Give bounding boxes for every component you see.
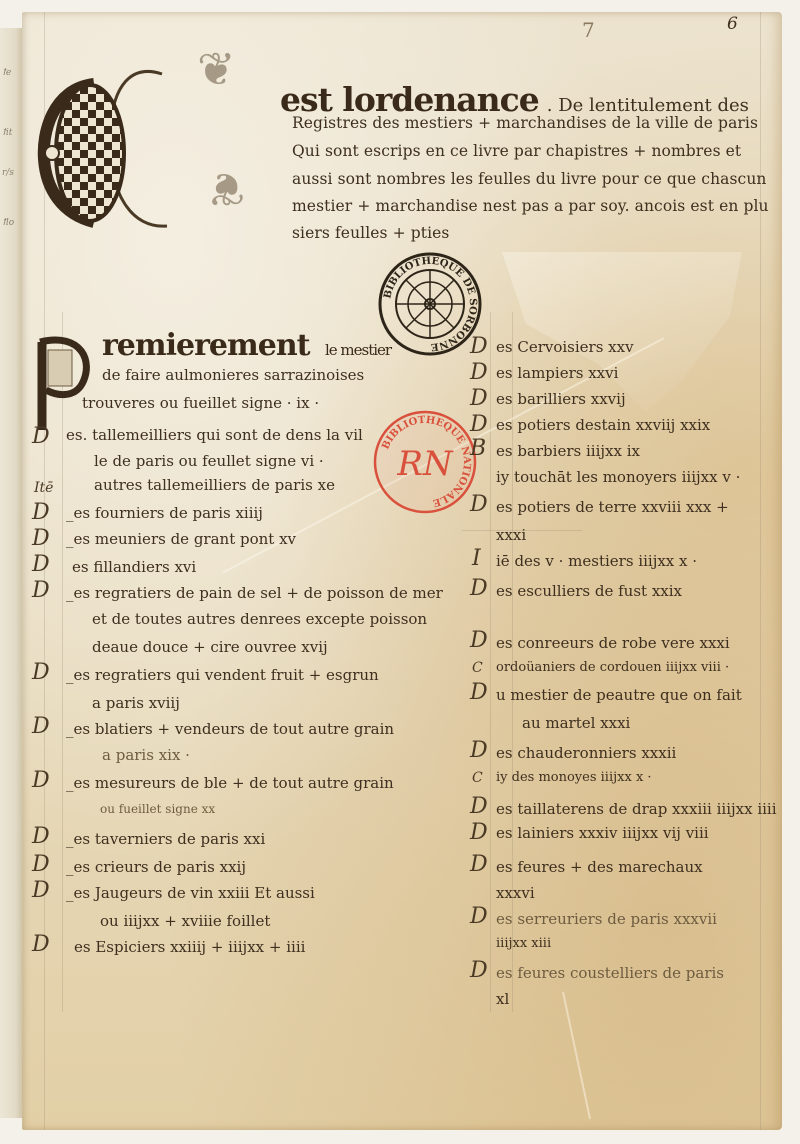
entry-line: es taillaterens de drap xxxiii iiijxx ii… — [496, 800, 777, 818]
entry-line: autres tallemeilliers de paris xe — [94, 476, 335, 494]
intro-line: Registres des mestiers + marchandises de… — [292, 114, 758, 132]
entry-line: iiijxx xiii — [496, 936, 551, 951]
entry-line: _es regratiers qui vendent fruit + esgru… — [66, 666, 379, 684]
entry-line: ordoüaniers de cordouen iiijxx viii · — [496, 660, 729, 675]
margin-note: ꝉe — [2, 68, 11, 78]
flourish-ornament: ❦ — [197, 42, 236, 96]
svg-text:RN: RN — [396, 444, 454, 484]
pencil-mark: 7 — [582, 18, 595, 42]
entry-line: iē des v · mestiers iiijxx x · — [496, 552, 697, 570]
entry-line: es fillandiers xvi — [72, 558, 196, 576]
entry-line: _es meuniers de grant pont xv — [66, 530, 296, 548]
entry-line: xxxi — [496, 526, 526, 544]
entry-line: es feures coustelliers de paris — [496, 964, 724, 982]
entry-line: es barilliers xxvij — [496, 390, 626, 408]
entry-line: es chauderonniers xxxii — [496, 744, 676, 762]
entry-line: es Cervoisiers xxv — [496, 338, 634, 356]
entry-line: u mestier de peautre que on fait — [496, 686, 742, 704]
item-marker: Itē — [34, 480, 53, 496]
entry-line: es esculliers de fust xxix — [496, 582, 682, 600]
paragraph-marker: D — [470, 794, 488, 819]
initial-p-icon — [32, 332, 92, 432]
paragraph-marker: D — [470, 412, 488, 437]
intro-line: aussi sont nombres les feulles du livre … — [292, 170, 767, 188]
entry-line: _es fourniers de paris xiiij — [66, 504, 263, 522]
sorbonne-stamp: BIBLIOTHEQUE DE SORBONNE — [376, 250, 484, 358]
entry-line: _es regratiers de pain de sel + de poiss… — [66, 584, 443, 602]
intro-line: Qui sont escrips en ce livre par chapist… — [292, 142, 741, 160]
entry-line: xl — [496, 990, 509, 1008]
paragraph-marker: D — [32, 824, 50, 849]
paragraph-marker: C — [472, 770, 483, 786]
entry-line: trouveres ou fueillet signe · ix · — [82, 394, 319, 412]
entry-line: es Espiciers xxiiij + iiijxx + iiii — [74, 938, 305, 956]
title-rest: . De lentitulement des — [547, 95, 749, 116]
folio-number: 6 — [727, 14, 738, 34]
previous-page-edge: ꝉe ꝉit r/s ꝉlo — [0, 28, 23, 1118]
entry-line: a paris xix · — [102, 746, 190, 764]
parchment-tear — [502, 252, 742, 412]
entry-line: iy touchāt les monoyers iiijxx v · — [496, 468, 740, 486]
seal-icon: BIBLIOTHEQUE DE SORBONNE — [376, 250, 484, 358]
entry-line: es barbiers iiijxx ix — [496, 442, 640, 460]
paragraph-marker: D — [32, 578, 50, 603]
paragraph-marker: I — [472, 546, 481, 571]
entry-line: xxxvi — [496, 884, 535, 902]
paragraph-marker: D — [32, 768, 50, 793]
margin-note: r/s — [2, 168, 14, 178]
seal-icon: BIBLIOTHEQUE NATIONALE RN — [370, 407, 480, 517]
paragraph-marker: D — [470, 386, 488, 411]
entry-line: _es Jaugeurs de vin xxiii Et aussi — [66, 884, 315, 902]
manuscript-folio: 6 7 ❦ ❦ est lordenance. De lentitulement… — [22, 12, 782, 1130]
opening-word-text: remierement — [102, 328, 310, 363]
paragraph-marker: D — [470, 628, 488, 653]
entry-line: ou fueillet signe xx — [100, 802, 215, 816]
entry-line: es potiers destain xxviij xxix — [496, 416, 710, 434]
paragraph-marker: D — [32, 424, 50, 449]
entry-line: es. tallemeilliers qui sont de dens la v… — [66, 426, 363, 444]
margin-note: ꝉlo — [2, 218, 14, 228]
opening-word: remierement le mestier — [102, 328, 391, 363]
paragraph-marker: D — [32, 932, 50, 957]
parchment-crease — [562, 992, 591, 1120]
entry-line: es conreeurs de robe vere xxxi — [496, 634, 730, 652]
entry-line: _es blatiers + vendeurs de tout autre gr… — [66, 720, 394, 738]
entry-line: le de paris ou feullet signe vi · — [94, 452, 324, 470]
entry-line: ou iiijxx + xviiie foillet — [100, 912, 270, 930]
paragraph-marker: D — [32, 500, 50, 525]
paragraph-marker: D — [470, 334, 488, 359]
paragraph-marker: D — [32, 714, 50, 739]
entry-line: iy des monoyes iiijxx x · — [496, 770, 652, 785]
paragraph-marker: D — [470, 958, 488, 983]
entry-line: es feures + des marechaux — [496, 858, 703, 876]
entry-line: es serreuriers de paris xxxvii — [496, 910, 717, 928]
paragraph-marker: D — [470, 680, 488, 705]
paragraph-marker: D — [470, 492, 488, 517]
ruling-line — [490, 312, 491, 1012]
decorated-initial-p — [32, 332, 92, 432]
paragraph-marker: D — [470, 852, 488, 877]
paragraph-marker: D — [32, 526, 50, 551]
intro-line: mestier + marchandise nest pas a par soy… — [292, 197, 769, 215]
paragraph-marker: D — [470, 360, 488, 385]
decorated-initial-c — [32, 54, 192, 244]
margin-note: ꝉit — [2, 128, 12, 138]
entry-line: _es taverniers de paris xxi — [66, 830, 265, 848]
paragraph-marker: B — [470, 436, 486, 461]
flourish-ornament: ❦ — [207, 162, 246, 216]
entry-line: es lampiers xxvi — [496, 364, 618, 382]
bibliotheque-nationale-stamp: BIBLIOTHEQUE NATIONALE RN — [370, 407, 480, 517]
entry-line: deaue douce + cire ouvree xvij — [92, 638, 328, 656]
entry-line: et de toutes autres denrees excepte pois… — [92, 610, 427, 628]
entry-line: au martel xxxi — [522, 714, 630, 732]
paragraph-marker: D — [470, 820, 488, 845]
entry-line: de faire aulmonieres sarrazinoises — [102, 366, 364, 384]
entry-line: _es mesureurs de ble + de tout autre gra… — [66, 774, 394, 792]
paragraph-marker: D — [32, 878, 50, 903]
paragraph-marker: D — [470, 738, 488, 763]
entry-line: es potiers de terre xxviii xxx + — [496, 498, 729, 516]
paragraph-marker: D — [32, 660, 50, 685]
paragraph-marker: D — [470, 576, 488, 601]
checkered-initial-icon — [32, 54, 192, 244]
paragraph-marker: D — [470, 904, 488, 929]
paragraph-marker: D — [32, 852, 50, 877]
paragraph-marker: C — [472, 660, 483, 676]
entry-line: _es crieurs de paris xxij — [66, 858, 246, 876]
opening-rest: le mestier — [325, 341, 391, 359]
intro-line: siers feulles + pties — [292, 224, 450, 242]
paragraph-marker: D — [32, 552, 50, 577]
entry-line: a paris xviij — [92, 694, 180, 712]
entry-line: es lainiers xxxiv iiijxx vij viii — [496, 824, 709, 842]
